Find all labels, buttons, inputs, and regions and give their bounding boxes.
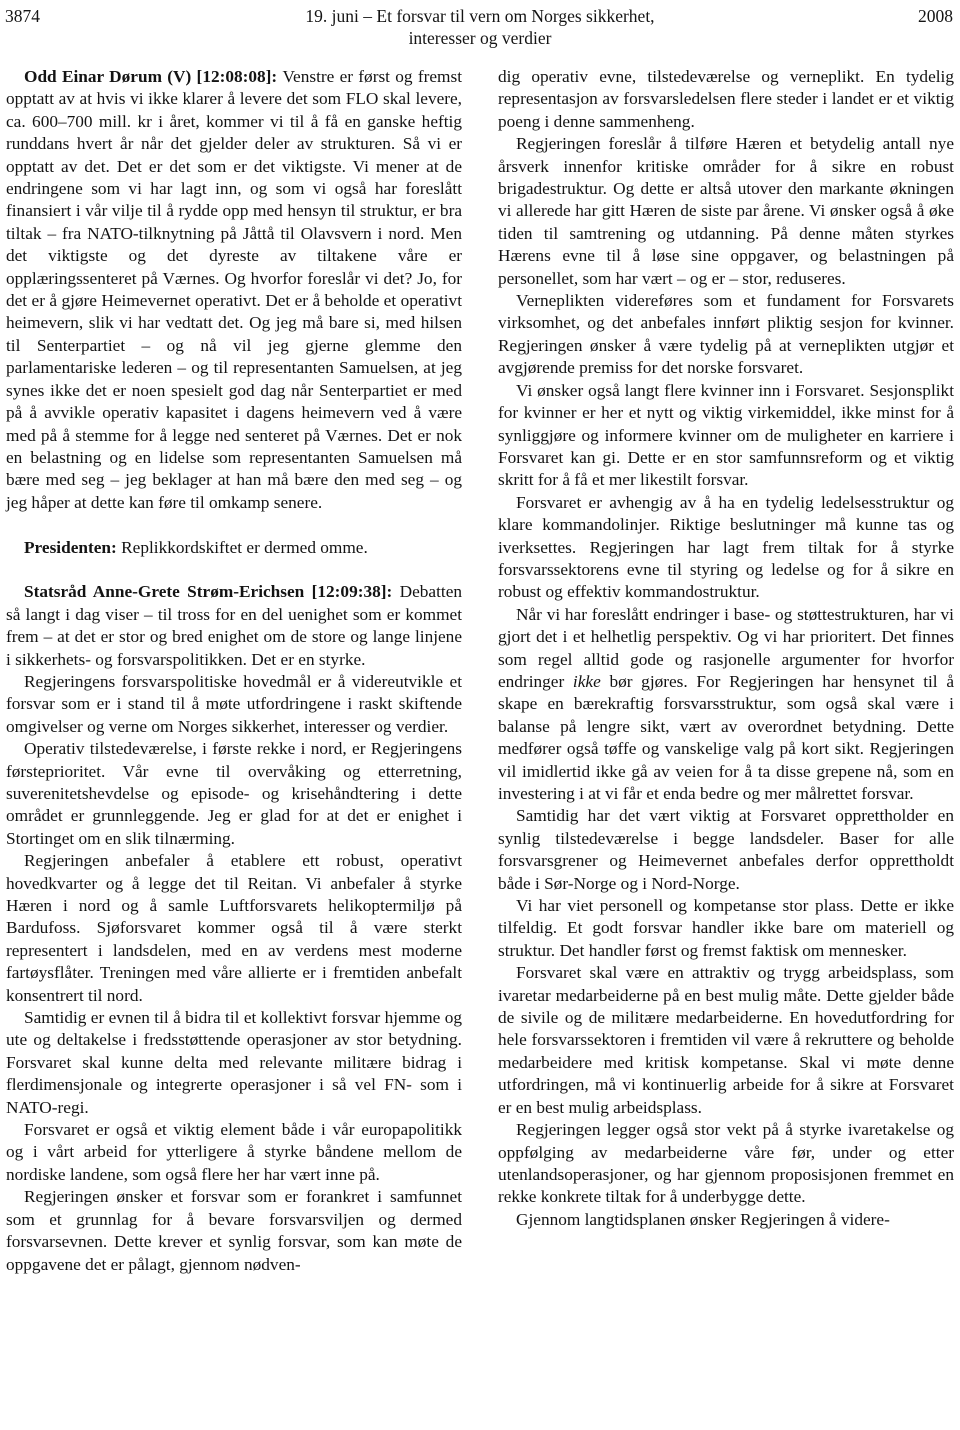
- paragraph: Vi ønsker også langt flere kvinner inn i…: [498, 380, 954, 492]
- paragraph: Regjeringen legger også stor vekt på å s…: [498, 1119, 954, 1209]
- text-segment: Gjennom langtidsplanen ønsker Regjeringe…: [516, 1210, 890, 1229]
- page-number: 3874: [5, 5, 40, 27]
- paragraph: Vi har viet personell og kompetanse stor…: [498, 895, 954, 962]
- right-column: dig operativ evne, tilstedeværelse og ve…: [498, 66, 954, 1276]
- speaker-label: Presidenten:: [24, 538, 121, 557]
- paragraph: Samtidig er evnen til å bidra til et kol…: [6, 1007, 462, 1119]
- paragraph: Regjeringen anbefaler å etablere ett rob…: [6, 850, 462, 1007]
- text-segment: Forsvaret er også et viktig element både…: [6, 1120, 462, 1184]
- text-segment: Forsvaret skal være en attraktiv og tryg…: [498, 963, 954, 1116]
- paragraph: Samtidig har det vært viktig at Forsvare…: [498, 805, 954, 895]
- paragraph: Når vi har foreslått endringer i base- o…: [498, 604, 954, 806]
- header-year: 2008: [918, 5, 953, 27]
- paragraph: Forsvaret skal være en attraktiv og tryg…: [498, 962, 954, 1119]
- text-segment: Samtidig er evnen til å bidra til et kol…: [6, 1008, 462, 1117]
- paragraph: Forsvaret er også et viktig element både…: [6, 1119, 462, 1186]
- paragraph: dig operativ evne, tilstedeværelse og ve…: [498, 66, 954, 133]
- paragraph: Regjeringen foreslår å tilføre Hæren et …: [498, 133, 954, 290]
- paragraph: Regjeringens forsvarspolitiske hovedmål …: [6, 671, 462, 738]
- text-segment: Verneplikten videreføres som et fundamen…: [498, 291, 954, 377]
- paragraph: Gjennom langtidsplanen ønsker Regjeringe…: [498, 1209, 954, 1231]
- header-title-line2: interesser og verdier: [170, 27, 790, 49]
- paragraph: Regjeringen ønsker et forsvar som er for…: [6, 1186, 462, 1276]
- text-segment: Operativ tilstedeværelse, i første rekke…: [6, 739, 462, 848]
- text-segment: Forsvaret er avhengig av å ha en tydelig…: [498, 493, 954, 602]
- paragraph: Operativ tilstedeværelse, i første rekke…: [6, 738, 462, 850]
- text-segment: bør gjøres. For Regjeringen har hensynet…: [498, 672, 954, 803]
- text-columns: Odd Einar Dørum (V) [12:08:08]: Venstre …: [0, 66, 960, 1276]
- paragraph: Statsråd Anne-Grete Strøm-Erichsen [12:0…: [6, 581, 462, 671]
- text-segment: Regjeringen ønsker et forsvar som er for…: [6, 1187, 462, 1273]
- text-segment: Replikkordskiftet er dermed omme.: [121, 538, 368, 557]
- text-segment: Samtidig har det vært viktig at Forsvare…: [498, 806, 954, 892]
- text-segment: dig operativ evne, tilstedeværelse og ve…: [498, 67, 954, 131]
- paragraph: Odd Einar Dørum (V) [12:08:08]: Venstre …: [6, 66, 462, 514]
- page-header: 3874 19. juni – Et forsvar til vern om N…: [0, 0, 960, 55]
- header-title-line1: 19. juni – Et forsvar til vern om Norges…: [170, 5, 790, 27]
- text-segment: ikke: [573, 672, 601, 691]
- text-segment: Regjeringens forsvarspolitiske hovedmål …: [6, 672, 462, 736]
- text-segment: Venstre er først og fremst opptatt av at…: [6, 67, 462, 512]
- text-segment: Regjeringen anbefaler å etablere ett rob…: [6, 851, 462, 1004]
- text-segment: Regjeringen foreslår å tilføre Hæren et …: [498, 134, 954, 287]
- document-page: 3874 19. juni – Et forsvar til vern om N…: [0, 0, 960, 1430]
- left-column: Odd Einar Dørum (V) [12:08:08]: Venstre …: [6, 66, 462, 1276]
- text-segment: Regjeringen legger også stor vekt på å s…: [498, 1120, 954, 1206]
- header-title: 19. juni – Et forsvar til vern om Norges…: [170, 5, 790, 49]
- text-segment: Vi ønsker også langt flere kvinner inn i…: [498, 381, 954, 490]
- speaker-label: Statsråd Anne-Grete Strøm-Erichsen [12:0…: [24, 582, 400, 601]
- speaker-label: Odd Einar Dørum (V) [12:08:08]:: [24, 67, 282, 86]
- paragraph: Forsvaret er avhengig av å ha en tydelig…: [498, 492, 954, 604]
- text-segment: Vi har viet personell og kompetanse stor…: [498, 896, 954, 960]
- paragraph: Presidenten: Replikkordskiftet er dermed…: [6, 537, 462, 559]
- paragraph: Verneplikten videreføres som et fundamen…: [498, 290, 954, 380]
